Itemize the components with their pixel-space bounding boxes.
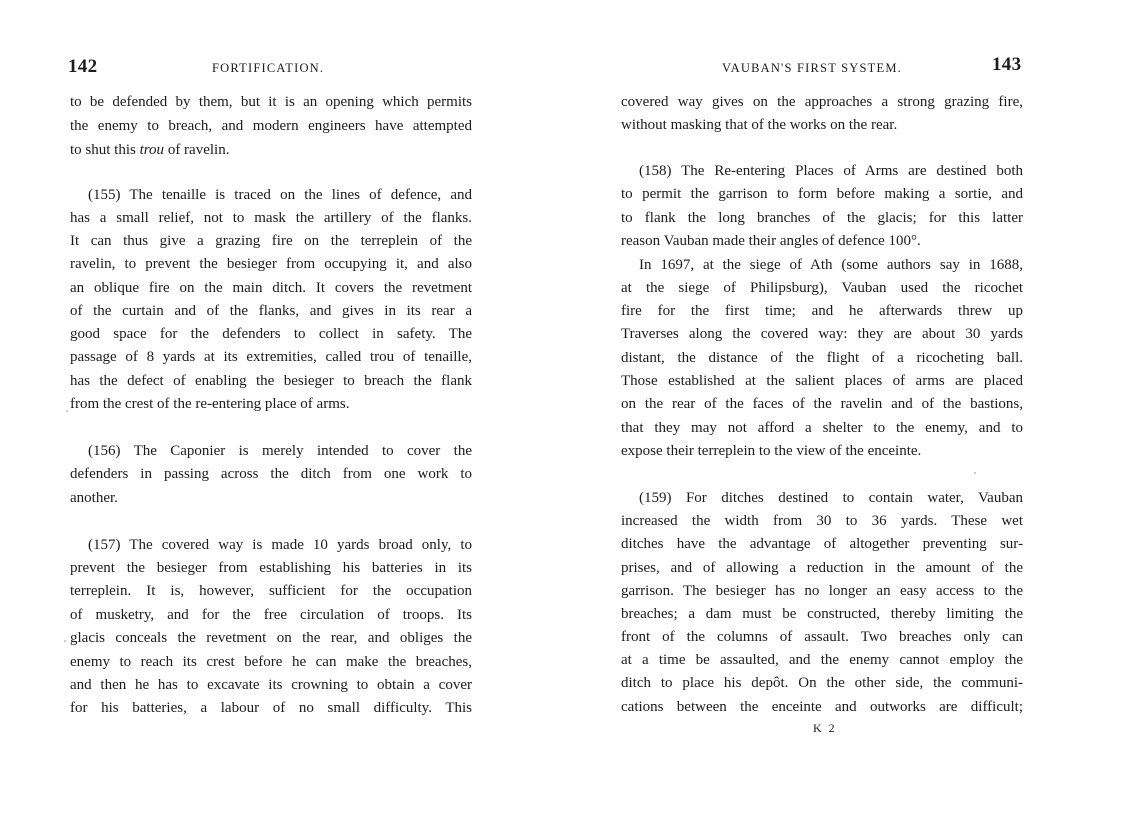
text-line: and then he has to excavate its crowning… xyxy=(70,674,472,697)
text-line: reason Vauban made their angles of defen… xyxy=(621,230,1023,253)
right-page: VAUBAN'S FIRST SYSTEM. 143 covered way g… xyxy=(562,0,1125,813)
text-line: (156) The Caponier is merely intended to… xyxy=(70,440,472,463)
text-line: has the defect of enabling the besieger … xyxy=(70,370,472,393)
text-line: without masking that of the works on the… xyxy=(621,114,1023,137)
page-number: 143 xyxy=(992,54,1021,76)
text-line: (157) The covered way is made 10 yards b… xyxy=(70,534,472,557)
scan-speck xyxy=(64,640,66,642)
text-line: from the crest of the re-entering place … xyxy=(70,393,472,416)
text-line: ditch to place his depôt. On the other s… xyxy=(621,672,1023,695)
text-line: at a time be assaulted, and the enemy ca… xyxy=(621,649,1023,672)
text-line: (158) The Re-entering Places of Arms are… xyxy=(621,160,1023,183)
text-line: increased the width from 30 to 36 yards.… xyxy=(621,510,1023,533)
scan-speck xyxy=(66,410,68,412)
text-line: front of the columns of assault. Two bre… xyxy=(621,626,1023,649)
text-line: has a small relief, not to mask the arti… xyxy=(70,207,472,230)
text-line: for his batteries, a labour of no small … xyxy=(70,697,472,720)
text-line: distant, the distance of the flight of a… xyxy=(621,347,1023,370)
text-line: glacis conceals the revetment on the rea… xyxy=(70,627,472,650)
text-line: of musketry, and for the free circulatio… xyxy=(70,604,472,627)
text-line: It can thus give a grazing fire on the t… xyxy=(70,230,472,253)
text-line: prevent the besieger from establishing h… xyxy=(70,557,472,580)
left-page-header: 142 FORTIFICATION. xyxy=(0,56,560,80)
text-line: of the curtain and of the flanks, and gi… xyxy=(70,300,472,323)
text-line: to be defended by them, but it is an ope… xyxy=(70,91,472,114)
text-line: In 1697, at the siege of Ath (some autho… xyxy=(621,254,1023,277)
text-line: Traverses along the covered way: they ar… xyxy=(621,323,1023,346)
text-line: good space for the defenders to collect … xyxy=(70,323,472,346)
text-line: covered way gives on the approaches a st… xyxy=(621,91,1023,114)
text-line: expose their terreplein to the view of t… xyxy=(621,440,1023,463)
text-line: to flank the long branches of the glacis… xyxy=(621,207,1023,230)
page-number: 142 xyxy=(68,56,97,78)
right-page-header: VAUBAN'S FIRST SYSTEM. 143 xyxy=(562,56,1125,80)
text-line: (155) The tenaille is traced on the line… xyxy=(70,184,472,207)
text-line: terreplein. It is, however, sufficient f… xyxy=(70,580,472,603)
text-line: Those established at the salient places … xyxy=(621,370,1023,393)
text-line: prises, and of allowing a reduction in t… xyxy=(621,557,1023,580)
running-head: VAUBAN'S FIRST SYSTEM. xyxy=(722,61,902,76)
text-line: fire for the first time; and he afterwar… xyxy=(621,300,1023,323)
text-line: cations between the enceinte and outwork… xyxy=(621,696,1023,719)
text-line: breaches; a dam must be constructed, the… xyxy=(621,603,1023,626)
scan-speck xyxy=(974,472,976,474)
text-line: that they may not afford a shelter to th… xyxy=(621,417,1023,440)
text-line: another. xyxy=(70,487,472,510)
left-page: 142 FORTIFICATION. to be defended by the… xyxy=(0,0,560,813)
text-line: ditches have the advantage of altogether… xyxy=(621,533,1023,556)
signature-mark: K 2 xyxy=(813,721,837,736)
text-line: (159) For ditches destined to contain wa… xyxy=(621,487,1023,510)
text-line: to permit the garrison to form before ma… xyxy=(621,183,1023,206)
text-line: an oblique fire on the main ditch. It co… xyxy=(70,277,472,300)
text-line: at the siege of Philipsburg), Vauban use… xyxy=(621,277,1023,300)
text-line: ravelin, to prevent the besieger from oc… xyxy=(70,253,472,276)
running-head: FORTIFICATION. xyxy=(212,61,324,76)
text-line: defenders in passing across the ditch fr… xyxy=(70,463,472,486)
text-line: enemy to reach its crest before he can m… xyxy=(70,651,472,674)
text-line: on the rear of the faces of the ravelin … xyxy=(621,393,1023,416)
text-line: to shut this trou of ravelin. xyxy=(70,139,472,162)
italic-term: trou xyxy=(140,142,164,158)
text-line: garrison. The besieger has no longer an … xyxy=(621,580,1023,603)
text-line: the enemy to breach, and modern engineer… xyxy=(70,115,472,138)
text-line: passage of 8 yards at its extremities, c… xyxy=(70,346,472,369)
